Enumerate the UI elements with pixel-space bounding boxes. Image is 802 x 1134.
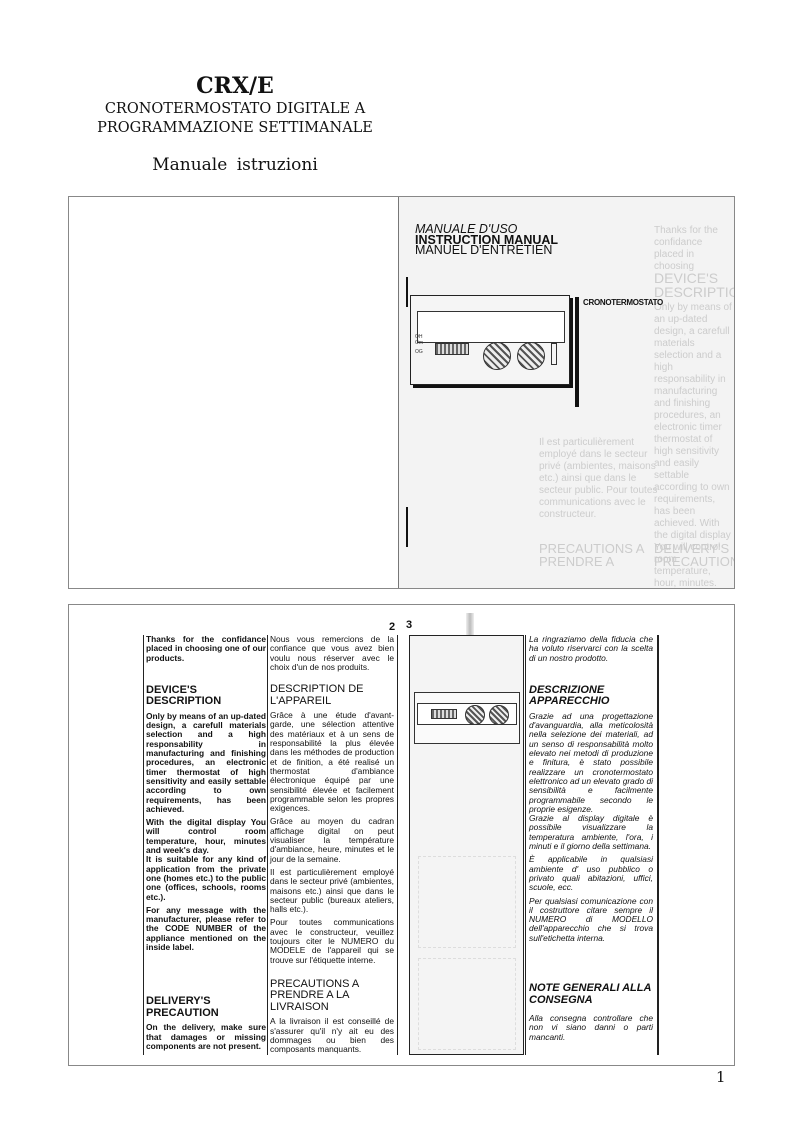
manual-label: Manuale istruzioni <box>80 155 390 175</box>
column-rule <box>143 635 144 1055</box>
french-section1-p3: Il est particulièrement employé dans le … <box>270 868 394 914</box>
lcd-display-icon <box>431 709 457 719</box>
english-section2-p1: On the delivery, make sure that damages … <box>146 1023 266 1051</box>
document-title: CRX/E <box>80 74 390 98</box>
bleed-through-heading: DELIVERY'S PRECAUTION <box>654 542 734 568</box>
column-rule <box>267 635 268 1055</box>
faint-diagram <box>418 856 516 948</box>
thermostat-illustration: OH Om OG <box>410 295 570 385</box>
bleed-through-text: Il est particulièrement employé dans le … <box>539 437 659 521</box>
document-subtitle-line1: CRONOTERMOSTATO DIGITALE A <box>80 100 390 119</box>
cover-title-fr: MANUEL D'ENTRETIEN <box>415 245 558 256</box>
french-section2-title: PRECAUTIONS A PRENDRE A LA LIVRAISON <box>270 979 394 1014</box>
french-section1-p4: Pour toutes communications avec le const… <box>270 918 394 964</box>
italian-section1-p3: È applicabile in qualsiasi ambiente d' u… <box>529 855 653 892</box>
bleed-through-heading: DEVICE'S DESCRIPTION <box>654 271 734 299</box>
cover-scan-frame: Thanks for the confidance placed in choo… <box>68 196 735 589</box>
thermostat-labels: OH Om OG <box>415 334 423 355</box>
dial-knob-icon <box>465 705 485 725</box>
english-column: Thanks for the confidance placed in choo… <box>146 635 266 1055</box>
switch-icon <box>551 343 557 365</box>
dial-knob-icon <box>517 342 545 370</box>
italian-section1-p4: Per qualsiasi comunicazione con il costr… <box>529 897 653 943</box>
column-rule <box>525 635 526 1055</box>
document-subtitle-line2: PROGRAMMAZIONE SETTIMANALE <box>80 119 390 138</box>
french-column: Nous vous remercions de la confiance que… <box>270 635 394 1059</box>
column-rule <box>397 635 398 1055</box>
thermostat-illustration <box>414 692 520 744</box>
italian-section1-p2: Grazie al display digitale è possibile v… <box>529 814 653 851</box>
english-section1-p3: It is suitable for any kind of applicati… <box>146 855 266 901</box>
lcd-display-icon <box>435 343 469 355</box>
french-section1-title: DESCRIPTION DE L'APPAREIL <box>270 684 394 707</box>
italian-section2-title: NOTE GENERALI ALLA CONSEGNA <box>529 983 653 1006</box>
bleed-through-heading: PRECAUTIONS A PRENDRE A <box>539 542 659 568</box>
page-number-left: 2 <box>389 621 395 633</box>
italian-column: La ringraziamo della fiducia che ha volu… <box>529 635 653 1046</box>
cover-title-block: MANUALE D'USO INSTRUCTION MANUAL MANUEL … <box>415 224 558 256</box>
english-section1-p4: For any message with the manufacturer, p… <box>146 906 266 952</box>
english-section2-title: DELIVERY'S PRECAUTION <box>146 996 266 1019</box>
italian-intro: La ringraziamo della fiducia che ha volu… <box>529 635 653 663</box>
scan-edge-mark <box>406 507 408 547</box>
column-rule <box>657 635 659 1055</box>
page-number-right: 3 <box>406 619 412 631</box>
dial-knob-icon <box>489 705 509 725</box>
document-header: CRX/E CRONOTERMOSTATO DIGITALE A PROGRAM… <box>80 74 390 175</box>
inside-scan-frame: 2 3 Thanks for the confidance placed in … <box>68 604 735 1066</box>
cover-scan-image: Thanks for the confidance placed in choo… <box>398 197 734 588</box>
faint-diagram <box>418 958 516 1050</box>
french-intro: Nous vous remercions de la confiance que… <box>270 635 394 672</box>
english-section1-p2: With the digital display You will contro… <box>146 818 266 855</box>
device-shadow-bar <box>575 297 579 407</box>
cover-device-label: CRONOTERMOSTATO <box>583 298 663 307</box>
french-section1-p1: Grâce à une étude d'avant-garde, une sél… <box>270 711 394 813</box>
dial-knob-icon <box>483 342 511 370</box>
french-section2-p1: A la livraison il est conseillé de s'ass… <box>270 1017 394 1054</box>
bleed-through-text: Thanks for the confidance placed in choo… <box>654 225 734 273</box>
page-number: 1 <box>716 1068 726 1086</box>
italian-section2-p1: Alla consegna controllare che non vi sia… <box>529 1014 653 1042</box>
inside-scan-image: 2 3 Thanks for the confidance placed in … <box>139 613 714 1055</box>
italian-section1-p1: Grazie ad una progettazione d'avanguardi… <box>529 712 653 814</box>
thermostat-panel <box>417 311 565 343</box>
scan-edge-mark <box>406 277 408 307</box>
french-section1-p2: Grâce au moyen du cadran affichage digit… <box>270 817 394 863</box>
english-section1-title: DEVICE'S DESCRIPTION <box>146 685 266 708</box>
english-intro: Thanks for the confidance placed in choo… <box>146 635 266 663</box>
italian-section1-title: DESCRIZIONE APPARECCHIO <box>529 685 653 708</box>
illustration-panel <box>409 635 524 1055</box>
english-section1-p1: Only by means of an up-dated design, a c… <box>146 712 266 814</box>
